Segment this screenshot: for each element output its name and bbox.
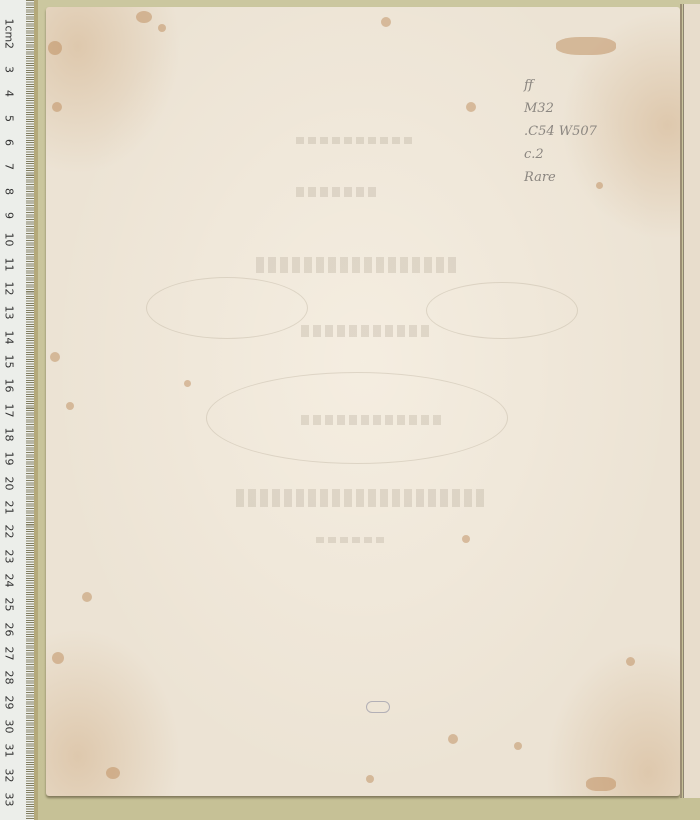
ruler-number: 33 [4,793,15,807]
ruler-number: 21 [4,501,15,515]
ruler-number: 9 [4,209,15,223]
note-line: .C54 W507 [524,120,614,143]
bleed-through-text [296,137,416,144]
ruler-number: 11 [4,258,15,272]
foxing-spot [106,767,120,779]
foxing-spot [626,657,635,666]
measuring-ruler: 1cm 2 3 4 5 6 7 8 9 10 11 12 13 14 15 16… [0,0,35,820]
ruler-number: 10 [4,233,15,247]
note-line: M32 [524,97,614,120]
ruler-number: 26 [4,623,15,637]
ruler-number: 20 [4,477,15,491]
ruler-number: 4 [4,87,15,101]
foxing-spot [52,652,64,664]
note-line: c.2 [524,143,614,166]
bleed-through-text [296,187,376,197]
ruler-number: 15 [4,355,15,369]
ruler-number: 18 [4,428,15,442]
bleed-through-ornament [146,277,308,339]
ruler-unit-label: 1cm [4,19,15,33]
ruler-number: 8 [4,185,15,199]
foxing-spot [448,734,458,744]
foxing-spot [462,535,470,543]
bleed-through-ornament [426,282,578,339]
ruler-number: 22 [4,525,15,539]
foxing-spot [366,775,374,783]
ruler-number: 32 [4,769,15,783]
ruler-number: 16 [4,379,15,393]
ruler-number: 12 [4,282,15,296]
foxing-spot [381,17,391,27]
foxing-spot [52,102,62,112]
foxing-spot [184,380,191,387]
foxing-spot [158,24,166,32]
adjacent-page-edge [683,4,700,798]
foxing-spot [50,352,60,362]
ruler-number: 17 [4,404,15,418]
foxing-spot [514,742,522,750]
bleed-through-text [301,415,441,425]
ruler-number: 5 [4,112,15,126]
note-line: Rare [524,166,614,189]
ruler-number: 6 [4,136,15,150]
ruler-number: 14 [4,331,15,345]
foxing-spot [48,41,62,55]
page-fold [680,4,682,798]
foxing-spot [466,102,476,112]
pencil-call-number-note: ff M32 .C54 W507 c.2 Rare [524,74,614,189]
foxing-spot [82,592,92,602]
ruler-number: 30 [4,720,15,734]
ruler-ticks [26,0,34,820]
ruler-number: 24 [4,574,15,588]
foxing-spot [556,37,616,55]
ruler-number: 13 [4,306,15,320]
ruler-number: 7 [4,160,15,174]
foxing-spot [136,11,152,23]
bleed-through-text [236,489,486,507]
foxing-spot [586,777,616,791]
foxing-spot [66,402,74,410]
ruler-edge [34,0,38,820]
bleed-through-text [301,325,431,337]
ruler-number: 28 [4,671,15,685]
ruler-number: 2 [4,39,15,53]
bleed-through-text [316,537,386,543]
ruler-number: 29 [4,696,15,710]
ruler-number: 25 [4,598,15,612]
ruler-number: 19 [4,452,15,466]
note-line: ff [524,74,614,97]
ruler-number: 27 [4,647,15,661]
bleed-through-text [256,257,456,273]
ruler-number: 3 [4,63,15,77]
ruler-number: 23 [4,550,15,564]
ruler-number: 31 [4,744,15,758]
library-stamp [366,701,390,713]
